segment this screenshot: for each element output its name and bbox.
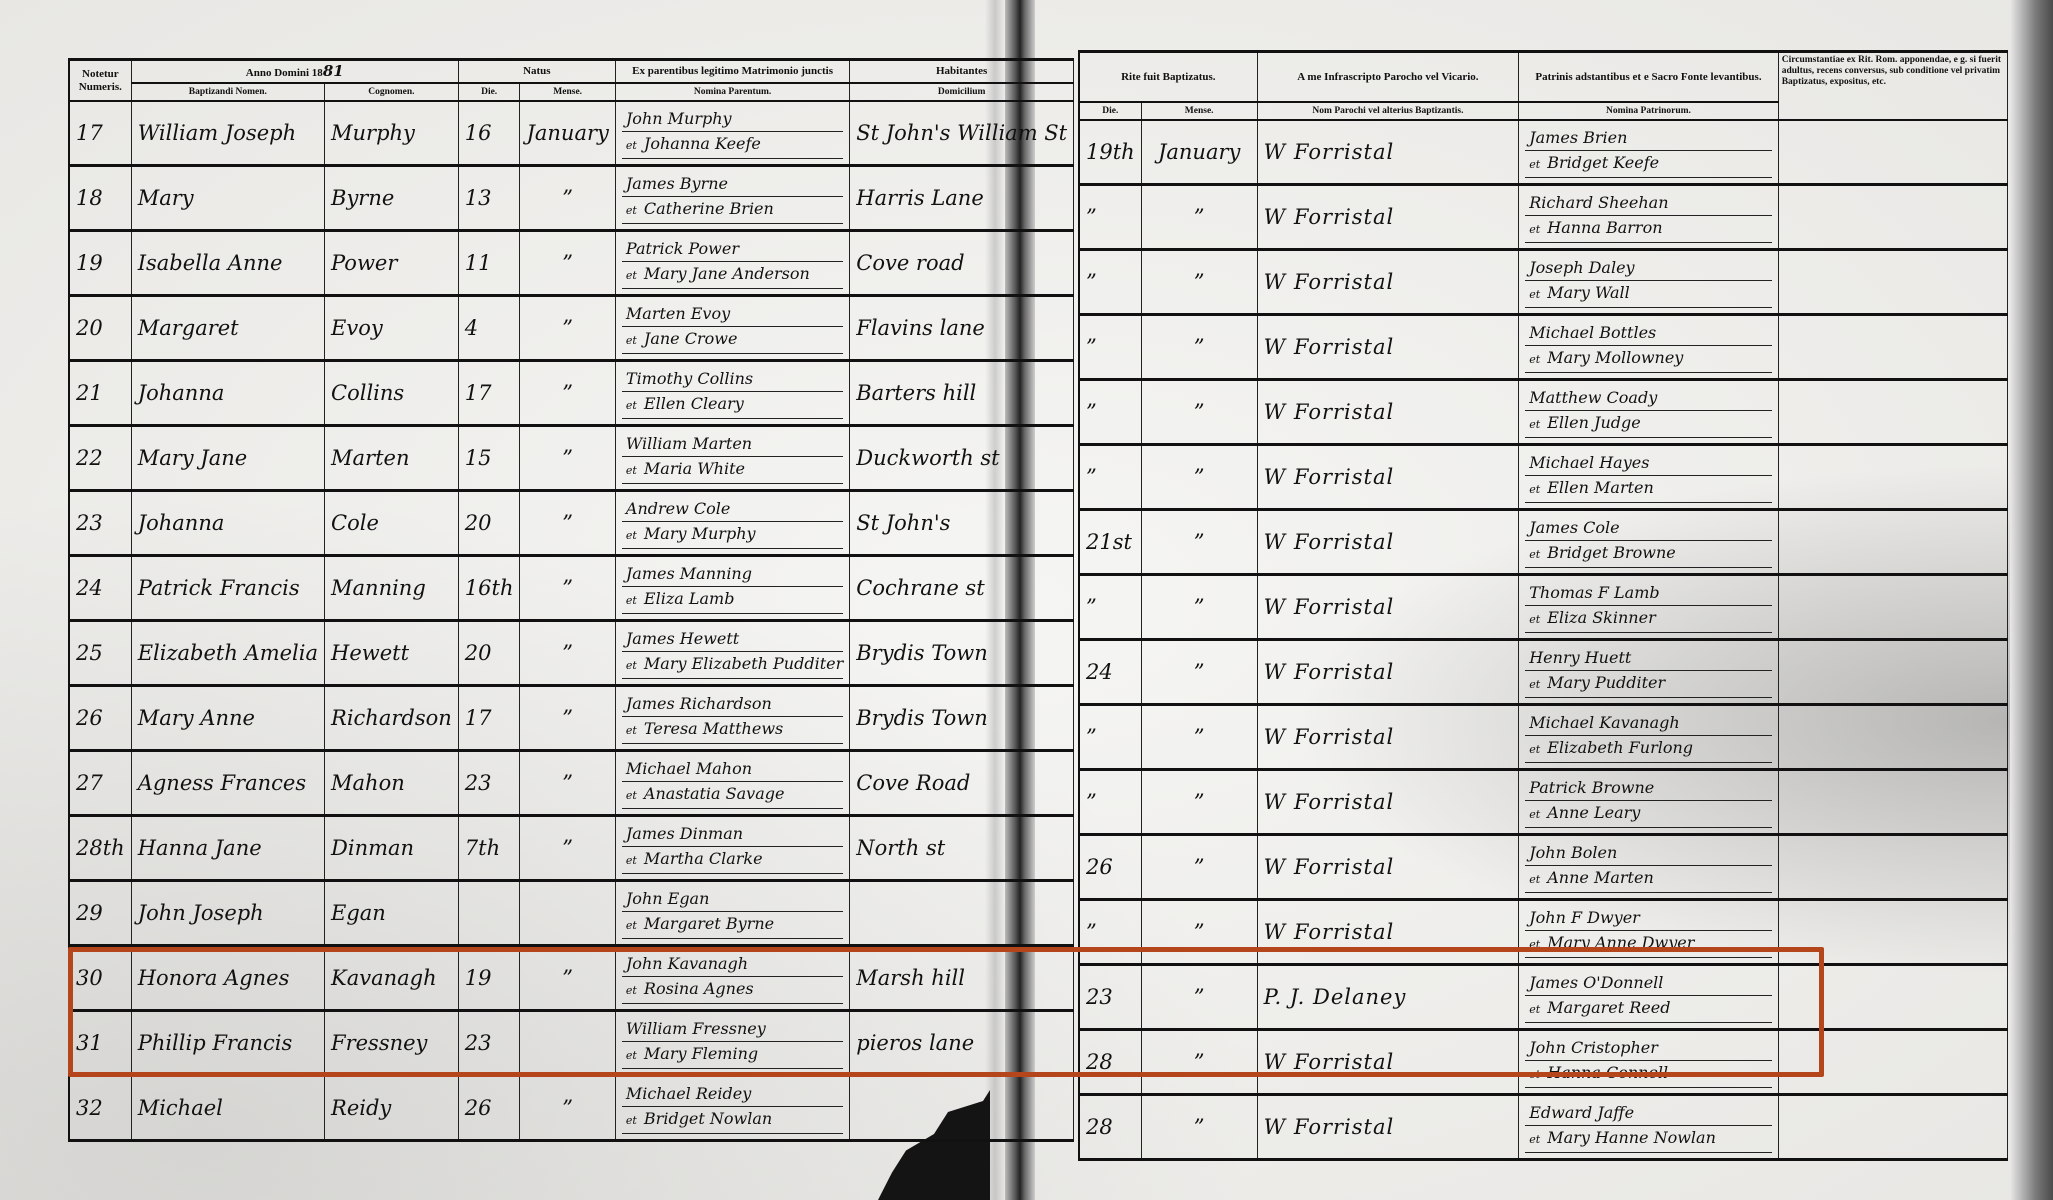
- godmother-line: et Elizabeth Furlong: [1525, 736, 1771, 763]
- table-row: ””W ForristalJohn F Dwyeret Mary Anne Dw…: [1079, 900, 2008, 965]
- baptismal-name: Mary Jane: [131, 426, 324, 491]
- baptism-day: ”: [1079, 705, 1141, 770]
- baptismal-name: John Joseph: [131, 881, 324, 946]
- priest-name: W Forristal: [1257, 640, 1519, 705]
- godmother-name: Mary Mollowney: [1547, 348, 1683, 367]
- parents-cell: James Dinmanet Martha Clarke: [615, 816, 849, 881]
- mother-name: Mary Elizabeth Pudditer: [644, 654, 843, 673]
- godparents-cell: Henry Huettet Mary Pudditer: [1519, 640, 1778, 705]
- header-die: Die.: [458, 83, 520, 101]
- entry-number: 32: [69, 1076, 131, 1141]
- baptismal-name: Margaret: [131, 296, 324, 361]
- baptismal-name: Patrick Francis: [131, 556, 324, 621]
- father-name: William Marten: [622, 432, 843, 457]
- father-name: James Hewett: [622, 627, 843, 652]
- godparents-cell: Matthew Coadyet Ellen Judge: [1519, 380, 1778, 445]
- remarks-cell: [1778, 250, 2007, 315]
- table-row: 28”W ForristalJohn Cristopheret Hanna Co…: [1079, 1030, 2008, 1095]
- table-row: 28”W ForristalEdward Jaffeet Mary Hanne …: [1079, 1095, 2008, 1160]
- godparents-cell: Joseph Daleyet Mary Wall: [1519, 250, 1778, 315]
- father-name: Marten Evoy: [622, 302, 843, 327]
- et-label: et: [626, 269, 637, 282]
- baptismal-name: Phillip Francis: [131, 1011, 324, 1076]
- et-label: et: [626, 464, 637, 477]
- godmother-line: et Hanna Connell: [1525, 1061, 1771, 1088]
- header-rite-fuit: Rite fuit Baptizatus.: [1079, 52, 1257, 103]
- godfather-name: Michael Kavanagh: [1525, 711, 1771, 736]
- godfather-name: Michael Hayes: [1525, 451, 1771, 476]
- table-row: 24Patrick FrancisManning16th”James Manni…: [69, 556, 1074, 621]
- mother-line: et Maria White: [622, 457, 843, 484]
- priest-name: W Forristal: [1257, 1095, 1519, 1160]
- mother-name: Bridget Nowlan: [644, 1109, 772, 1128]
- baptism-month: ”: [1141, 640, 1257, 705]
- godmother-name: Mary Pudditer: [1547, 673, 1665, 692]
- birth-day: 16th: [458, 556, 520, 621]
- mother-line: et Mary Jane Anderson: [622, 262, 843, 289]
- et-label: et: [1529, 678, 1540, 691]
- priest-name: W Forristal: [1257, 705, 1519, 770]
- baptismal-name: Johanna: [131, 361, 324, 426]
- parents-cell: John Eganet Margaret Byrne: [615, 881, 849, 946]
- baptism-month: January: [1141, 120, 1257, 185]
- et-label: et: [626, 204, 637, 217]
- parents-cell: James Byrneet Catherine Brien: [615, 166, 849, 231]
- et-label: et: [626, 724, 637, 737]
- mother-name: Johanna Keefe: [644, 134, 761, 153]
- header-godparents: Patrinis adstantibus et e Sacro Fonte le…: [1519, 52, 1778, 103]
- header-anno-domini: Anno Domini 1881: [131, 60, 458, 84]
- godfather-name: Edward Jaffe: [1525, 1101, 1771, 1126]
- baptism-day: ”: [1079, 445, 1141, 510]
- father-name: John Egan: [622, 887, 843, 912]
- entry-number: 27: [69, 751, 131, 816]
- et-label: et: [1529, 613, 1540, 626]
- mother-line: et Jane Crowe: [622, 327, 843, 354]
- left-register-table: Notetur Numeris. Anno Domini 1881 Natus …: [68, 58, 1074, 1142]
- remarks-cell: [1778, 900, 2007, 965]
- et-label: et: [626, 984, 637, 997]
- et-label: et: [1529, 158, 1540, 171]
- father-name: Timothy Collins: [622, 367, 843, 392]
- parents-cell: Michael Reideyet Bridget Nowlan: [615, 1076, 849, 1141]
- remarks-cell: [1778, 965, 2007, 1030]
- godmother-name: Elizabeth Furlong: [1547, 738, 1693, 757]
- table-row: 17William JosephMurphy16JanuaryJohn Murp…: [69, 101, 1074, 166]
- godfather-name: Joseph Daley: [1525, 256, 1771, 281]
- abode: Cove Road: [850, 751, 1074, 816]
- surname: Murphy: [325, 101, 459, 166]
- birth-day: 11: [458, 231, 520, 296]
- et-label: et: [1529, 1133, 1540, 1146]
- priest-name: W Forristal: [1257, 835, 1519, 900]
- et-label: et: [626, 1049, 637, 1062]
- baptism-day: ”: [1079, 315, 1141, 380]
- remarks-cell: [1778, 705, 2007, 770]
- entry-number: 31: [69, 1011, 131, 1076]
- remarks-cell: [1778, 770, 2007, 835]
- abode: Duckworth st: [850, 426, 1074, 491]
- right-page: Rite fuit Baptizatus. A me Infrascripto …: [1078, 50, 2008, 1200]
- right-register-table: Rite fuit Baptizatus. A me Infrascripto …: [1078, 50, 2008, 1161]
- birth-month: ”: [520, 166, 615, 231]
- priest-name: W Forristal: [1257, 445, 1519, 510]
- priest-name: P. J. Delaney: [1257, 965, 1519, 1030]
- table-row: 26Mary AnneRichardson17”James Richardson…: [69, 686, 1074, 751]
- et-label: et: [626, 1114, 637, 1127]
- table-row: 18MaryByrne13”James Byrneet Catherine Br…: [69, 166, 1074, 231]
- table-row: ””W ForristalJoseph Daleyet Mary Wall: [1079, 250, 2008, 315]
- table-row: 30Honora AgnesKavanagh19”John Kavanaghet…: [69, 946, 1074, 1011]
- baptism-month: ”: [1141, 770, 1257, 835]
- godmother-line: et Anne Marten: [1525, 866, 1771, 893]
- abode: Harris Lane: [850, 166, 1074, 231]
- godmother-name: Eliza Skinner: [1547, 608, 1655, 627]
- baptism-month: ”: [1141, 380, 1257, 445]
- et-label: et: [1529, 743, 1540, 756]
- entry-number: 20: [69, 296, 131, 361]
- et-label: et: [1529, 1003, 1540, 1016]
- table-row: ””W ForristalMichael Kavanaghet Elizabet…: [1079, 705, 2008, 770]
- baptism-month: ”: [1141, 510, 1257, 575]
- godfather-name: Matthew Coady: [1525, 386, 1771, 411]
- birth-day: 20: [458, 621, 520, 686]
- remarks-cell: [1778, 315, 2007, 380]
- abode: pieros lane: [850, 1011, 1074, 1076]
- godfather-name: Henry Huett: [1525, 646, 1771, 671]
- et-label: et: [1529, 548, 1540, 561]
- godparents-cell: Michael Kavanaghet Elizabeth Furlong: [1519, 705, 1778, 770]
- mother-line: et Teresa Matthews: [622, 717, 843, 744]
- godmother-name: Anne Marten: [1547, 868, 1654, 887]
- left-register-rows: 17William JosephMurphy16JanuaryJohn Murp…: [69, 101, 1074, 1141]
- surname: Byrne: [325, 166, 459, 231]
- et-label: et: [1529, 1068, 1540, 1081]
- surname: Reidy: [325, 1076, 459, 1141]
- mother-name: Rosina Agnes: [644, 979, 754, 998]
- godmother-line: et Hanna Barron: [1525, 216, 1771, 243]
- surname: Power: [325, 231, 459, 296]
- table-row: ””W ForristalThomas F Lambet Eliza Skinn…: [1079, 575, 2008, 640]
- table-row: 25Elizabeth AmeliaHewett20”James Hewette…: [69, 621, 1074, 686]
- remarks-cell: [1778, 185, 2007, 250]
- remarks-cell: [1778, 835, 2007, 900]
- entry-number: 25: [69, 621, 131, 686]
- birth-day: 15: [458, 426, 520, 491]
- father-name: William Fressney: [622, 1017, 843, 1042]
- godmother-name: Mary Hanne Nowlan: [1547, 1128, 1716, 1147]
- entry-number: 28th: [69, 816, 131, 881]
- father-name: James Byrne: [622, 172, 843, 197]
- header-mense: Mense.: [1141, 102, 1257, 120]
- birth-month: ”: [520, 1076, 615, 1141]
- birth-month: ”: [520, 361, 615, 426]
- parents-cell: William Fressneyet Mary Fleming: [615, 1011, 849, 1076]
- parents-cell: Timothy Collinset Ellen Cleary: [615, 361, 849, 426]
- godparents-cell: James Brienet Bridget Keefe: [1519, 120, 1778, 185]
- baptismal-name: Mary: [131, 166, 324, 231]
- header-nomina-parentum: Nomina Parentum.: [615, 83, 849, 101]
- baptism-day: 21st: [1079, 510, 1141, 575]
- birth-month: ”: [520, 816, 615, 881]
- surname: Collins: [325, 361, 459, 426]
- baptism-day: 28: [1079, 1095, 1141, 1160]
- godmother-line: et Ellen Marten: [1525, 476, 1771, 503]
- table-row: 29John JosephEganJohn Eganet Margaret By…: [69, 881, 1074, 946]
- godmother-name: Anne Leary: [1547, 803, 1640, 822]
- baptism-month: ”: [1141, 900, 1257, 965]
- et-label: et: [1529, 483, 1540, 496]
- mother-line: et Anastatia Savage: [622, 782, 843, 809]
- birth-day: 26: [458, 1076, 520, 1141]
- mother-line: et Rosina Agnes: [622, 977, 843, 1004]
- baptism-month: ”: [1141, 250, 1257, 315]
- baptism-day: 26: [1079, 835, 1141, 900]
- godmother-line: et Mary Mollowney: [1525, 346, 1771, 373]
- birth-day: 23: [458, 1011, 520, 1076]
- entry-number: 29: [69, 881, 131, 946]
- birth-month: ”: [520, 296, 615, 361]
- abode: [850, 1076, 1074, 1141]
- table-row: ””W ForristalMichael Hayeset Ellen Marte…: [1079, 445, 2008, 510]
- baptism-day: 23: [1079, 965, 1141, 1030]
- baptismal-name: Isabella Anne: [131, 231, 324, 296]
- table-row: ””W ForristalMatthew Coadyet Ellen Judge: [1079, 380, 2008, 445]
- entry-number: 23: [69, 491, 131, 556]
- left-page: Notetur Numeris. Anno Domini 1881 Natus …: [68, 58, 988, 1200]
- anno-domini-year: 81: [323, 62, 344, 80]
- table-row: 20MargaretEvoy4”Marten Evoyet Jane Crowe…: [69, 296, 1074, 361]
- godparents-cell: Thomas F Lambet Eliza Skinner: [1519, 575, 1778, 640]
- mother-name: Ellen Cleary: [644, 394, 744, 413]
- et-label: et: [626, 139, 637, 152]
- baptism-day: ”: [1079, 575, 1141, 640]
- godmother-line: et Margaret Reed: [1525, 996, 1771, 1023]
- parents-cell: James Richardsonet Teresa Matthews: [615, 686, 849, 751]
- birth-month: ”: [520, 556, 615, 621]
- parents-cell: Michael Mahonet Anastatia Savage: [615, 751, 849, 816]
- abode: [850, 881, 1074, 946]
- table-row: 19thJanuaryW ForristalJames Brienet Brid…: [1079, 120, 2008, 185]
- godmother-name: Margaret Reed: [1547, 998, 1670, 1017]
- header-cognomen: Cognomen.: [325, 83, 459, 101]
- godfather-name: James Cole: [1525, 516, 1771, 541]
- mother-name: Teresa Matthews: [644, 719, 783, 738]
- mother-name: Catherine Brien: [644, 199, 774, 218]
- entry-number: 17: [69, 101, 131, 166]
- parents-cell: Andrew Coleet Mary Murphy: [615, 491, 849, 556]
- table-row: 22Mary JaneMarten15”William Martenet Mar…: [69, 426, 1074, 491]
- entry-number: 21: [69, 361, 131, 426]
- remarks-cell: [1778, 1030, 2007, 1095]
- father-name: James Dinman: [622, 822, 843, 847]
- table-row: 23JohannaCole20”Andrew Coleet Mary Murph…: [69, 491, 1074, 556]
- birth-day: 20: [458, 491, 520, 556]
- baptismal-name: William Joseph: [131, 101, 324, 166]
- remarks-cell: [1778, 380, 2007, 445]
- page-edge-shadow: [2010, 0, 2053, 1200]
- surname: Egan: [325, 881, 459, 946]
- abode: Brydis Town: [850, 686, 1074, 751]
- father-name: Michael Reidey: [622, 1082, 843, 1107]
- priest-name: W Forristal: [1257, 315, 1519, 380]
- godmother-name: Mary Anne Dwyer: [1547, 933, 1694, 952]
- birth-month: ”: [520, 426, 615, 491]
- header-number: Notetur Numeris.: [69, 60, 131, 102]
- mother-line: et Eliza Lamb: [622, 587, 843, 614]
- priest-name: W Forristal: [1257, 900, 1519, 965]
- godparents-cell: Patrick Browneet Anne Leary: [1519, 770, 1778, 835]
- godmother-name: Ellen Marten: [1547, 478, 1654, 497]
- baptism-day: ”: [1079, 250, 1141, 315]
- table-row: 27Agness FrancesMahon23”Michael Mahonet …: [69, 751, 1074, 816]
- godparents-cell: Richard Sheehanet Hanna Barron: [1519, 185, 1778, 250]
- birth-month: [520, 1011, 615, 1076]
- surname: Fressney: [325, 1011, 459, 1076]
- baptism-month: ”: [1141, 445, 1257, 510]
- godmother-line: et Anne Leary: [1525, 801, 1771, 828]
- birth-day: 17: [458, 361, 520, 426]
- godmother-line: et Mary Pudditer: [1525, 671, 1771, 698]
- header-mense: Mense.: [520, 83, 615, 101]
- birth-month: ”: [520, 621, 615, 686]
- abode: Barters hill: [850, 361, 1074, 426]
- priest-name: W Forristal: [1257, 575, 1519, 640]
- godmother-line: et Eliza Skinner: [1525, 606, 1771, 633]
- godmother-line: et Mary Anne Dwyer: [1525, 931, 1771, 958]
- godfather-name: John Bolen: [1525, 841, 1771, 866]
- godmother-line: et Mary Wall: [1525, 281, 1771, 308]
- remarks-cell: [1778, 510, 2007, 575]
- mother-line: et Bridget Nowlan: [622, 1107, 843, 1134]
- table-row: 32MichaelReidy26”Michael Reideyet Bridge…: [69, 1076, 1074, 1141]
- birth-month: [520, 881, 615, 946]
- father-name: John Murphy: [622, 107, 843, 132]
- table-row: 21JohannaCollins17”Timothy Collinset Ell…: [69, 361, 1074, 426]
- mother-line: et Mary Murphy: [622, 522, 843, 549]
- priest-name: W Forristal: [1257, 510, 1519, 575]
- mother-name: Mary Fleming: [644, 1044, 758, 1063]
- surname: Hewett: [325, 621, 459, 686]
- godmother-name: Bridget Keefe: [1547, 153, 1659, 172]
- et-label: et: [626, 789, 637, 802]
- surname: Mahon: [325, 751, 459, 816]
- abode: North st: [850, 816, 1074, 881]
- table-row: 19Isabella AnnePower11”Patrick Poweret M…: [69, 231, 1074, 296]
- baptism-day: 19th: [1079, 120, 1141, 185]
- baptismal-name: Mary Anne: [131, 686, 324, 751]
- baptismal-name: Agness Frances: [131, 751, 324, 816]
- godfather-name: John Cristopher: [1525, 1036, 1771, 1061]
- header-nomina-patrinorum: Nomina Patrinorum.: [1519, 102, 1778, 120]
- et-label: et: [626, 854, 637, 867]
- father-name: Michael Mahon: [622, 757, 843, 782]
- priest-name: W Forristal: [1257, 185, 1519, 250]
- godfather-name: Thomas F Lamb: [1525, 581, 1771, 606]
- baptism-month: ”: [1141, 315, 1257, 380]
- baptismal-name: Michael: [131, 1076, 324, 1141]
- header-remarks: Circumstantiae ex Rit. Rom. apponendae, …: [1778, 52, 2007, 121]
- et-label: et: [1529, 938, 1540, 951]
- anno-domini-label: Anno Domini 18: [246, 67, 323, 79]
- godparents-cell: Michael Bottleset Mary Mollowney: [1519, 315, 1778, 380]
- parents-cell: William Martenet Maria White: [615, 426, 849, 491]
- mother-name: Margaret Byrne: [644, 914, 774, 933]
- baptism-month: ”: [1141, 1030, 1257, 1095]
- baptism-day: ”: [1079, 380, 1141, 445]
- godfather-name: Richard Sheehan: [1525, 191, 1771, 216]
- mother-line: et Mary Fleming: [622, 1042, 843, 1069]
- remarks-cell: [1778, 640, 2007, 705]
- father-name: Andrew Cole: [622, 497, 843, 522]
- table-row: ””W ForristalRichard Sheehanet Hanna Bar…: [1079, 185, 2008, 250]
- et-label: et: [626, 659, 637, 672]
- header-natus: Natus: [458, 60, 615, 84]
- right-register-rows: 19thJanuaryW ForristalJames Brienet Brid…: [1079, 120, 2008, 1160]
- godmother-line: et Bridget Keefe: [1525, 151, 1771, 178]
- baptismal-name: Johanna: [131, 491, 324, 556]
- godparents-cell: John Cristopheret Hanna Connell: [1519, 1030, 1778, 1095]
- father-name: Patrick Power: [622, 237, 843, 262]
- abode: Cove road: [850, 231, 1074, 296]
- birth-month: ”: [520, 946, 615, 1011]
- et-label: et: [1529, 873, 1540, 886]
- mother-line: et Johanna Keefe: [622, 132, 843, 159]
- abode: Flavins lane: [850, 296, 1074, 361]
- table-row: 23”P. J. DelaneyJames O'Donnellet Margar…: [1079, 965, 2008, 1030]
- birth-day: 17: [458, 686, 520, 751]
- godmother-name: Mary Wall: [1547, 283, 1630, 302]
- baptism-month: ”: [1141, 835, 1257, 900]
- parents-cell: James Hewettet Mary Elizabeth Pudditer: [615, 621, 849, 686]
- entry-number: 24: [69, 556, 131, 621]
- baptism-day: ”: [1079, 185, 1141, 250]
- godfather-name: Michael Bottles: [1525, 321, 1771, 346]
- godfather-name: James Brien: [1525, 126, 1771, 151]
- parents-cell: James Manninget Eliza Lamb: [615, 556, 849, 621]
- birth-day: [458, 881, 520, 946]
- mother-line: et Mary Elizabeth Pudditer: [622, 652, 843, 679]
- abode: St John's William St: [850, 101, 1074, 166]
- godparents-cell: Michael Hayeset Ellen Marten: [1519, 445, 1778, 510]
- baptism-day: 24: [1079, 640, 1141, 705]
- surname: Richardson: [325, 686, 459, 751]
- remarks-cell: [1778, 575, 2007, 640]
- parents-cell: John Kavanaghet Rosina Agnes: [615, 946, 849, 1011]
- birth-day: 13: [458, 166, 520, 231]
- godfather-name: John F Dwyer: [1525, 906, 1771, 931]
- entry-number: 30: [69, 946, 131, 1011]
- baptism-month: ”: [1141, 575, 1257, 640]
- abode: Marsh hill: [850, 946, 1074, 1011]
- mother-name: Eliza Lamb: [644, 589, 735, 608]
- surname: Evoy: [325, 296, 459, 361]
- godparents-cell: John Bolenet Anne Marten: [1519, 835, 1778, 900]
- godparents-cell: James O'Donnellet Margaret Reed: [1519, 965, 1778, 1030]
- et-label: et: [626, 399, 637, 412]
- birth-day: 4: [458, 296, 520, 361]
- mother-name: Anastatia Savage: [644, 784, 785, 803]
- parents-cell: John Murphyet Johanna Keefe: [615, 101, 849, 166]
- baptismal-name: Honora Agnes: [131, 946, 324, 1011]
- entry-number: 26: [69, 686, 131, 751]
- surname: Cole: [325, 491, 459, 556]
- header-parents: Ex parentibus legitimo Matrimonio juncti…: [615, 60, 849, 84]
- header-priest: A me Infrascripto Parocho vel Vicario.: [1257, 52, 1519, 103]
- mother-name: Mary Jane Anderson: [644, 264, 810, 283]
- birth-day: 7th: [458, 816, 520, 881]
- birth-month: January: [520, 101, 615, 166]
